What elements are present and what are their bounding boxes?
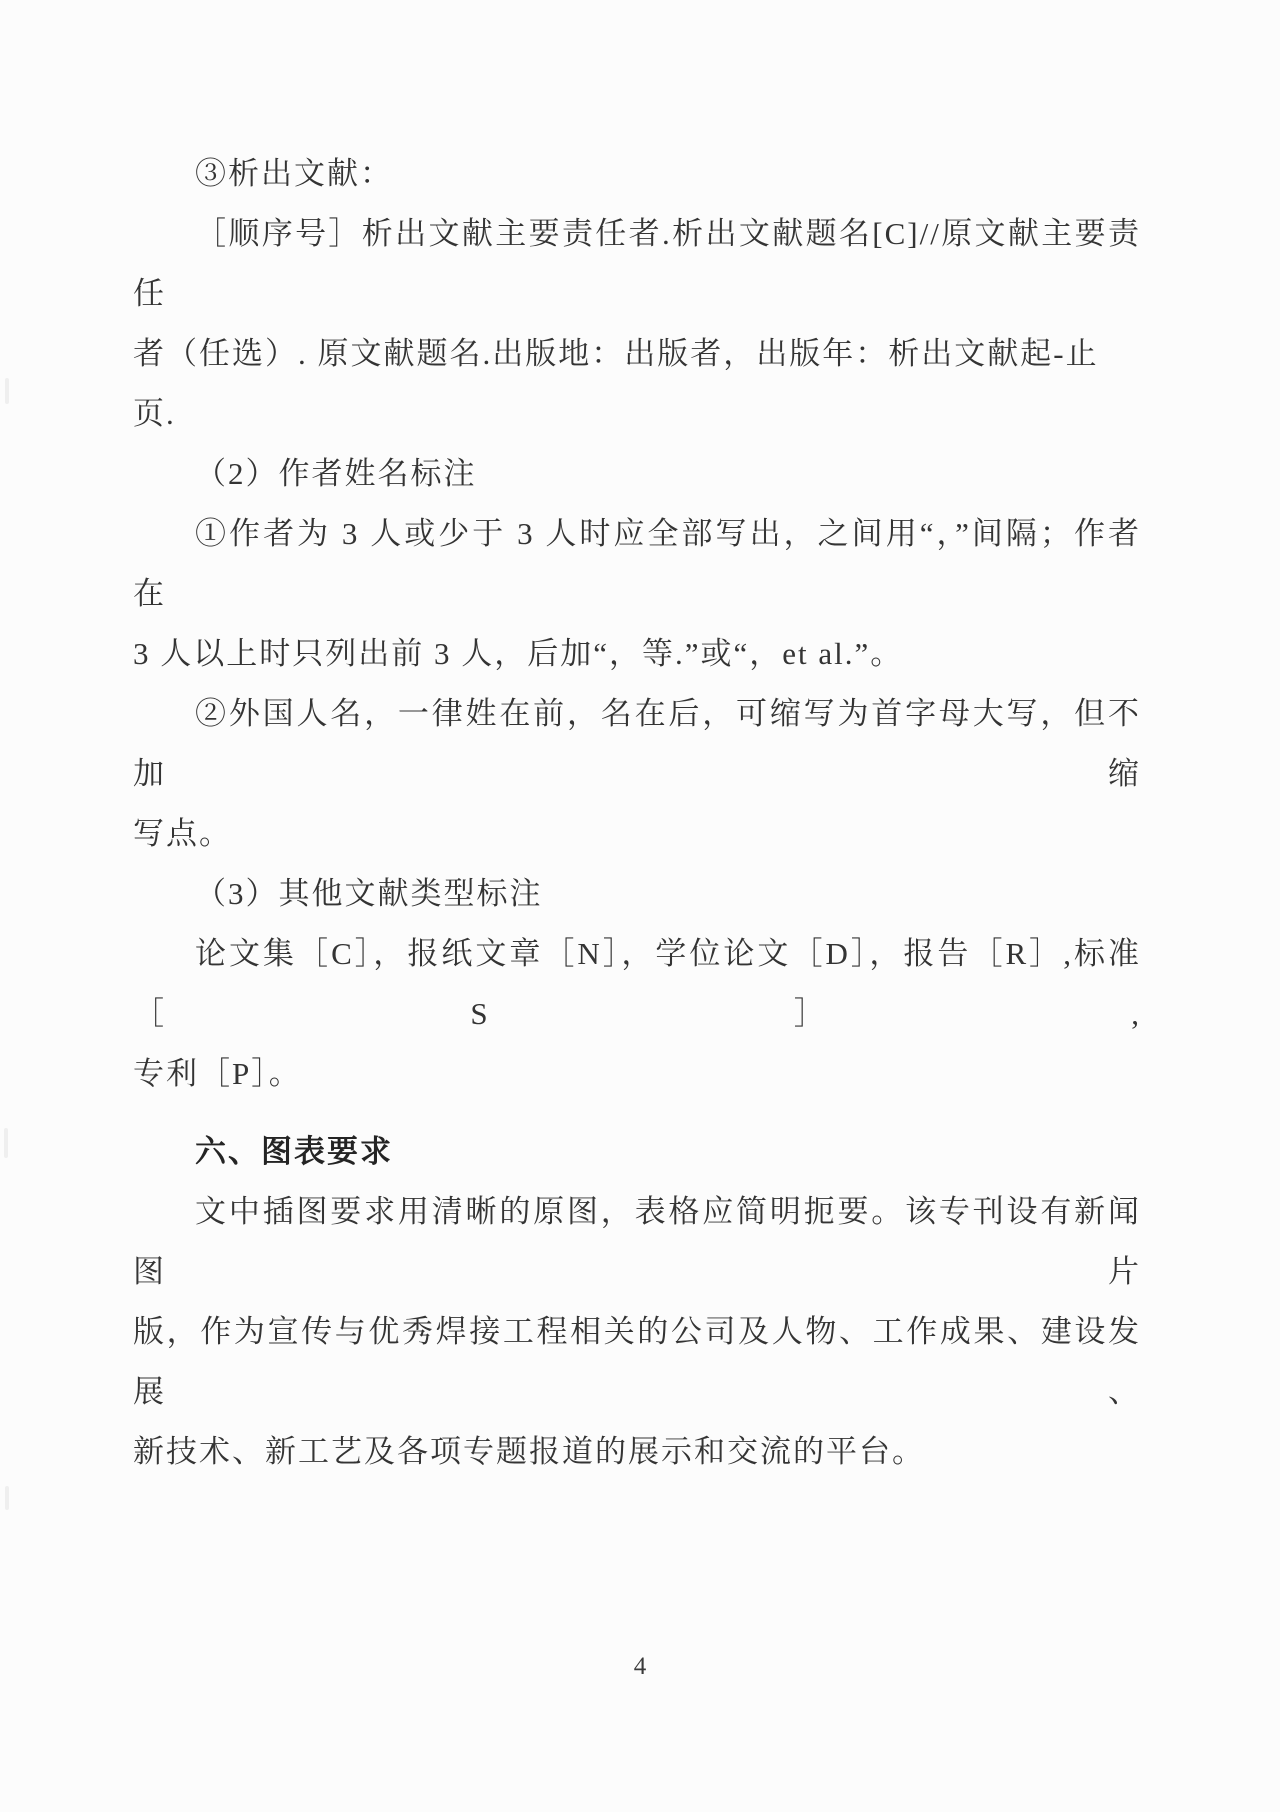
author-rule-1-line-2: 3 人以上时只列出前 3 人，后加“，等.”或“，et al.”。 [133,624,1141,684]
other-types-line-2: 专利［P］。 [133,1044,1141,1104]
author-rule-1-line-1: ①作者为 3 人或少于 3 人时应全部写出，之间用“，”间隔；作者在 [133,504,1141,624]
scan-artifact [4,1128,8,1158]
figures-paragraph-line-2: 版，作为宣传与优秀焊接工程相关的公司及人物、工作成果、建设发展、 [133,1302,1141,1422]
author-names-heading: （2）作者姓名标注 [133,444,1141,504]
scan-artifact [5,1486,9,1510]
figures-paragraph-line-1: 文中插图要求用清晰的原图，表格应简明扼要。该专刊设有新闻图片 [133,1182,1141,1302]
analyzed-doc-format-line-2: 者（任选）. 原文献题名.出版地：出版者，出版年：析出文献起-止页. [133,324,1141,444]
author-rule-2-line-2: 写点。 [133,804,1141,864]
page-number: 4 [0,1652,1280,1682]
author-rule-2-line-1: ②外国人名，一律姓在前，名在后，可缩写为首字母大写，但不加缩 [133,684,1141,804]
other-types-heading: （3）其他文献类型标注 [133,864,1141,924]
scan-artifact [5,378,9,404]
section-6-heading: 六、图表要求 [133,1122,1141,1182]
figures-paragraph-line-3: 新技术、新工艺及各项专题报道的展示和交流的平台。 [133,1422,1141,1482]
analyzed-doc-format-line-1: ［顺序号］析出文献主要责任者.析出文献题名[C]//原文献主要责任 [133,204,1141,324]
document-page: ③析出文献： ［顺序号］析出文献主要责任者.析出文献题名[C]//原文献主要责任… [0,0,1280,1812]
analyzed-doc-heading: ③析出文献： [133,144,1141,204]
other-types-line-1: 论文集［C］，报纸文章［N］，学位论文［D］，报告［R］,标准［S］, [133,924,1141,1044]
document-body: ③析出文献： ［顺序号］析出文献主要责任者.析出文献题名[C]//原文献主要责任… [133,144,1141,1482]
